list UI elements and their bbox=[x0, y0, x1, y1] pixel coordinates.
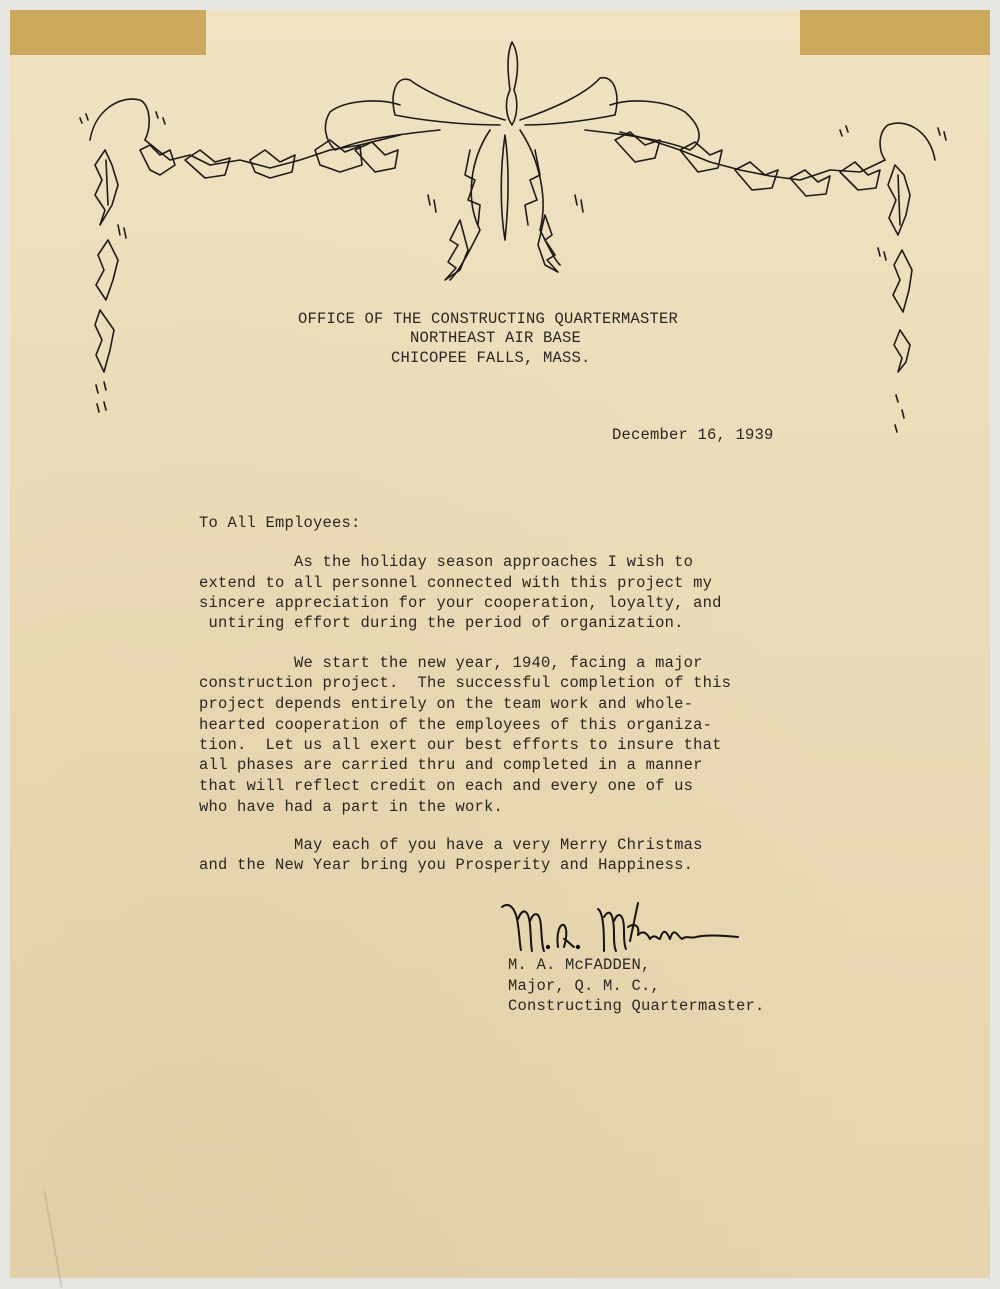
letterhead-base: NORTHEAST AIR BASE bbox=[410, 329, 581, 347]
right-garland-icon bbox=[615, 123, 946, 432]
signatory-name: M. A. McFADDEN, bbox=[508, 956, 651, 974]
letterhead-location: CHICOPEE FALLS, MASS. bbox=[391, 349, 591, 367]
paragraph-line: construction project. The successful com… bbox=[199, 674, 731, 692]
paragraph-line: As the holiday season approaches I wish … bbox=[199, 553, 693, 571]
signatory-rank: Major, Q. M. C., bbox=[508, 977, 660, 995]
left-garland-icon bbox=[80, 99, 400, 412]
letterhead-office: OFFICE OF THE CONSTRUCTING QUARTERMASTER bbox=[298, 310, 678, 328]
paragraph-line: We start the new year, 1940, facing a ma… bbox=[199, 654, 703, 672]
paragraph-line: untiring effort during the period of org… bbox=[199, 614, 684, 632]
paragraph-line: tion. Let us all exert our best efforts … bbox=[199, 736, 722, 754]
center-holly-icon bbox=[428, 130, 583, 280]
bow-icon bbox=[325, 42, 699, 150]
paragraph-line: extend to all personnel connected with t… bbox=[199, 574, 712, 592]
paragraph-line: project depends entirely on the team wor… bbox=[199, 695, 693, 713]
paragraph-line: May each of you have a very Merry Christ… bbox=[199, 836, 703, 854]
letter-date: December 16, 1939 bbox=[612, 426, 774, 444]
paragraph-line: sincere appreciation for your cooperatio… bbox=[199, 594, 722, 612]
paragraph-line: all phases are carried thru and complete… bbox=[199, 756, 703, 774]
paragraph-line: that will reflect credit on each and eve… bbox=[199, 777, 693, 795]
handwritten-signature-icon bbox=[498, 895, 748, 965]
paper-crease bbox=[44, 1191, 63, 1288]
salutation: To All Employees: bbox=[199, 514, 361, 532]
holly-garland-icon bbox=[0, 0, 1000, 440]
signatory-title: Constructing Quartermaster. bbox=[508, 997, 765, 1015]
paragraph-line: hearted cooperation of the employees of … bbox=[199, 716, 712, 734]
paragraph-line: and the New Year bring you Prosperity an… bbox=[199, 856, 693, 874]
paragraph-line: who have had a part in the work. bbox=[199, 798, 503, 816]
